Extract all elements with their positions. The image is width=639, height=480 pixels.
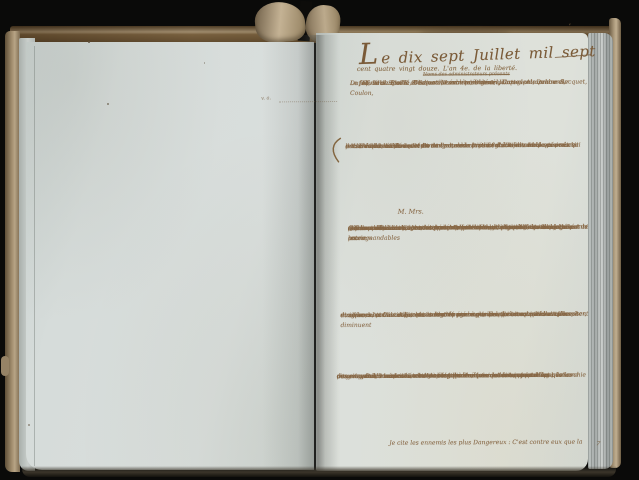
speech-paragraph-1: Nos armées sont entières, elles ont à le… bbox=[348, 222, 588, 223]
margin-annotation: v. a. bbox=[261, 95, 271, 101]
closing-line: Je cite les ennemis les plus Dangereux :… bbox=[389, 438, 589, 446]
flourish-bracket-icon bbox=[328, 137, 346, 164]
opening-paragraph: S'étant réunis en vertu de l'acte du cor… bbox=[345, 140, 587, 141]
attendance-list: M. Mrs. Pierre Becquet Dorval président,… bbox=[350, 77, 587, 78]
interlined-note-struck: Noms des administrateurs présents bbox=[423, 72, 510, 78]
attendance-line: Général Syndic et Senoville secrétaire g… bbox=[350, 78, 506, 89]
manuscript-line: masque du patriotisme, qui aura préparé … bbox=[340, 310, 567, 321]
salutation: M. Mrs. bbox=[398, 207, 424, 215]
ink-mark-bottom-right: 7 bbox=[596, 440, 601, 448]
handwriting-layer: Le dix sept Juillet mil sept cent quatre… bbox=[0, 0, 639, 480]
manuscript-line: présidé l'assemblée et a dit : bbox=[345, 141, 432, 152]
speech-paragraph-2: Ces défiances tuent le courage; les divi… bbox=[340, 309, 588, 311]
ink-mark-top-right: ’ bbox=[569, 23, 571, 31]
speech-paragraph-3: Oui, Messieurs, ceux là sont des traître… bbox=[337, 370, 589, 372]
manuscript-scan: Le dix sept Juillet mil sept cent quatre… bbox=[0, 0, 639, 480]
manuscript-line: comme un état nécessaire au moment où l'… bbox=[337, 371, 542, 382]
margin-dotted-leader bbox=[279, 101, 337, 102]
manuscript-line: abîmes de l'anarchie, cet état méconnais… bbox=[348, 223, 578, 234]
